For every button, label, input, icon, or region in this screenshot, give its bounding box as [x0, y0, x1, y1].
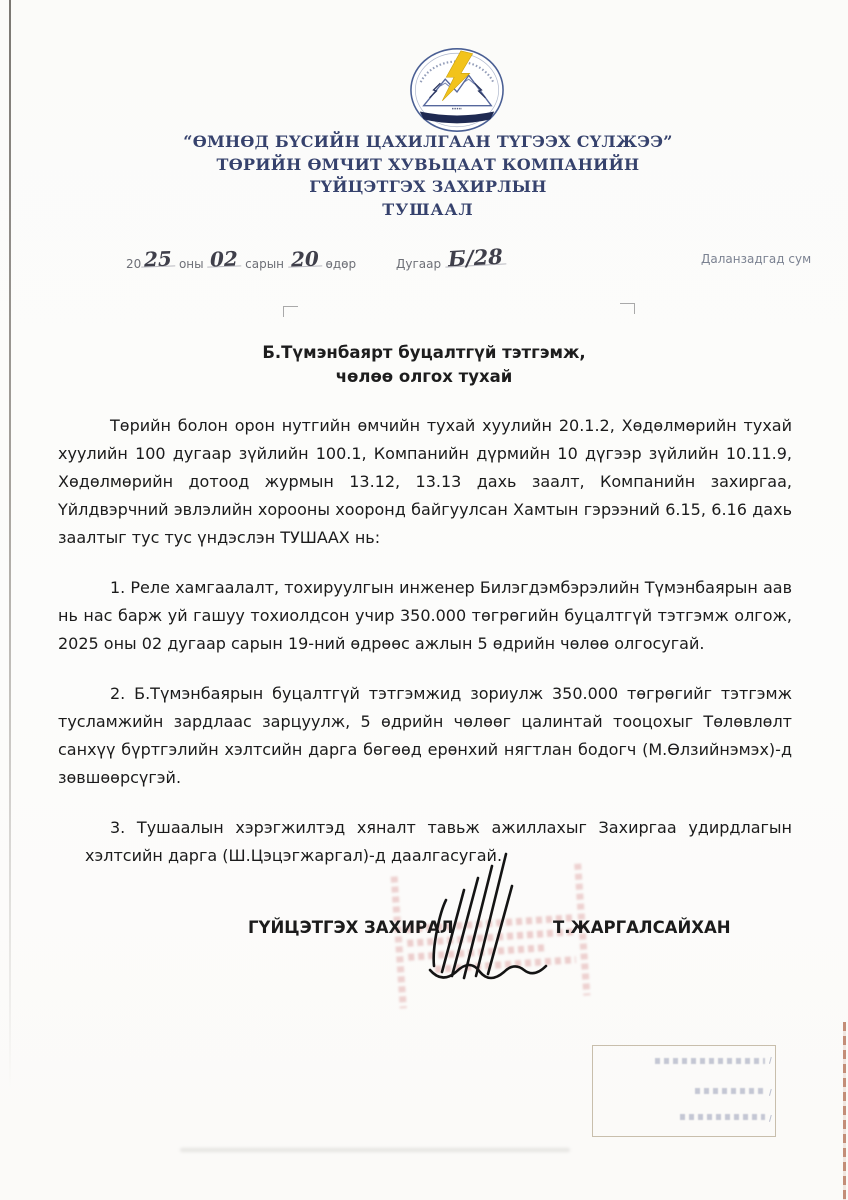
handwritten-order-number: Б/28	[445, 249, 507, 267]
executive-signature	[412, 848, 562, 1010]
subject-line2: чөлөө олгох тухай	[0, 365, 848, 389]
scanned-order-document: “ӨМНӨД БҮСИЙН ЦАХИЛГААН ТҮГЭЭХ СҮЛЖЭЭ” Т…	[0, 0, 848, 1200]
month-label: сарын	[245, 257, 284, 271]
number-label: Дугаар	[396, 257, 441, 271]
corner-mark-right	[620, 303, 635, 314]
handwritten-day: 20	[288, 251, 322, 267]
dateline-row: 2025 оны 02 сарын 20 өдөр Дугаар Б/28 Да…	[0, 240, 848, 282]
year-label: оны	[179, 257, 204, 271]
document-type-title: ТУШААЛ	[4, 199, 848, 222]
year-prefix: 20	[126, 257, 141, 271]
order-number-field: Дугаар Б/28	[396, 254, 506, 271]
company-emblem-logo	[408, 46, 506, 134]
date-fields: 2025 оны 02 сарын 20 өдөр	[126, 254, 356, 271]
subject-title: Б.Түмэнбаярт буцалтгүй тэтгэмж, чөлөө ол…	[0, 341, 848, 389]
org-name-line2: ТӨРИЙН ӨМЧИТ ХУВЬЦААТ КОМПАНИЙН	[4, 154, 848, 177]
handwritten-year: 25	[141, 251, 175, 267]
bleed-through-stamp-box	[592, 1045, 776, 1137]
scan-edge-red-mark	[843, 1022, 846, 1200]
org-name-line3: ГҮЙЦЭТГЭХ ЗАХИРЛЫН	[4, 176, 848, 199]
order-item-2: 2. Б.Түмэнбаярын буцалтгүй тэтгэмжид зор…	[58, 680, 792, 792]
order-item-1: 1. Реле хамгаалалт, тохируулгын инженер …	[58, 574, 792, 658]
day-label: өдөр	[326, 257, 357, 271]
signatory-name: Т.ЖАРГАЛСАЙХАН	[553, 918, 731, 937]
preamble-paragraph: Төрийн болон орон нутгийн өмчийн тухай х…	[58, 412, 792, 552]
subject-line1: Б.Түмэнбаярт буцалтгүй тэтгэмж,	[0, 341, 848, 365]
document-header: “ӨМНӨД БҮСИЙН ЦАХИЛГААН ТҮГЭЭХ СҮЛЖЭЭ” Т…	[4, 131, 848, 221]
document-body: Төрийн болон орон нутгийн өмчийн тухай х…	[58, 412, 792, 870]
org-name-line1: “ӨМНӨД БҮСИЙН ЦАХИЛГААН ТҮГЭЭХ СҮЛЖЭЭ”	[4, 131, 848, 154]
scan-smudge	[180, 1148, 570, 1152]
corner-mark-left	[283, 306, 298, 317]
location-label: Даланзадгад сум	[701, 252, 811, 266]
handwritten-month: 02	[207, 251, 241, 267]
